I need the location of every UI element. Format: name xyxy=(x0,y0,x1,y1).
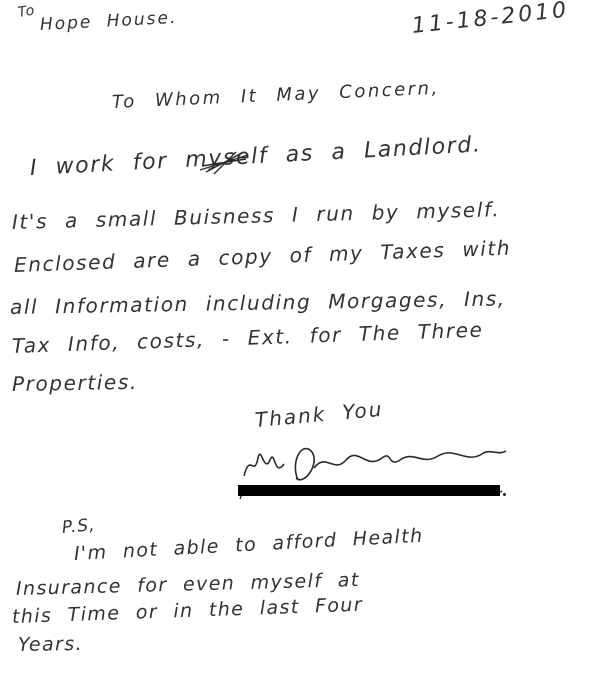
thank-you-line: Thank You xyxy=(254,397,384,432)
redacted-name-block xyxy=(236,477,506,505)
body-line: It's a small Buisness I run by myself. xyxy=(12,197,501,234)
salutation: To Whom It May Concern, xyxy=(112,78,441,113)
period-mark xyxy=(503,493,506,496)
body-line: Enclosed are a copy of my Taxes with xyxy=(14,236,512,277)
redaction-bar xyxy=(238,485,500,496)
letter-page: To Hope House. 11-18-2010 To Whom It May… xyxy=(0,0,589,675)
body-line: I work for myself as a Landlord. xyxy=(29,132,482,181)
body-line: Tax Info, costs, - Ext. for The Three xyxy=(12,318,484,358)
body-line: Properties. xyxy=(12,370,138,396)
body-line: all Information including Morgages, Ins, xyxy=(10,286,506,319)
crossout-scribble-icon xyxy=(196,150,254,176)
ps-line: Years. xyxy=(18,633,83,656)
ps-line: I'm not able to afford Health xyxy=(73,525,424,565)
ps-line: this Time or in the last Four xyxy=(12,594,364,628)
ps-label: P.S, xyxy=(61,515,96,538)
to-label: To xyxy=(17,2,37,21)
recipient-name: Hope House. xyxy=(39,8,177,35)
letter-date: 11-18-2010 xyxy=(411,0,571,39)
